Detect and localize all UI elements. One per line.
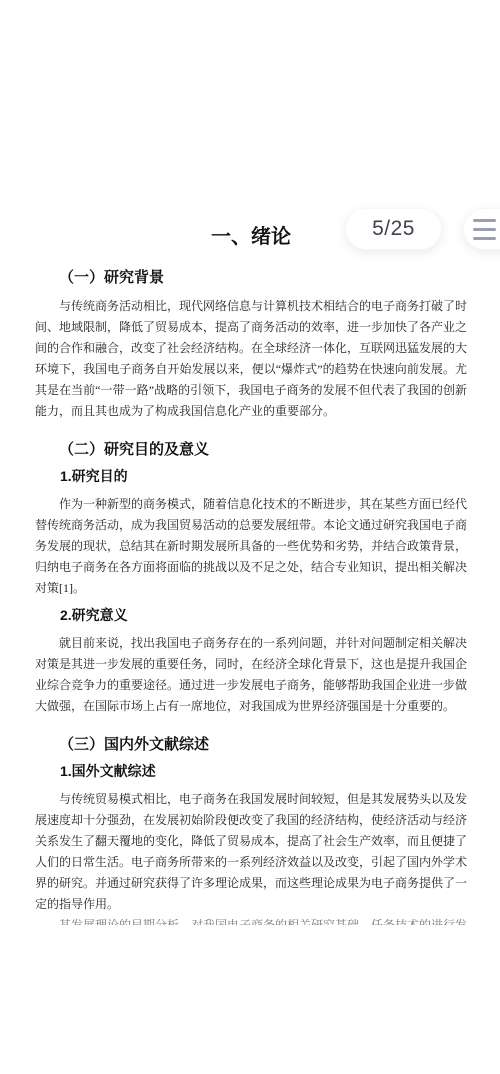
subsection-heading-research-purpose: 1.研究目的 [60, 466, 467, 486]
floating-controls: 5/25 [345, 208, 500, 250]
paragraph-research-significance: 就目前来说，找出我国电子商务存在的一系列问题，并针对问题制定相关解决对策是其进一… [35, 633, 467, 717]
paragraph-research-background: 与传统商务活动相比，现代网络信息与计算机技术相结合的电子商务打破了时间、地域限制… [35, 296, 467, 422]
clipped-next-line-text: 其发展理论的早期分析，对我国电子商务的相关研究基础，任务技术的进行发展，新时期进… [59, 919, 467, 925]
document-viewer: 5/25 一、绪论 （一）研究背景 与传统商务活动相比，现代网络信息与计算机技术… [0, 0, 500, 1074]
section-heading-purpose-significance: （二）研究目的及意义 [59, 439, 467, 460]
section-heading-literature-review: （三）国内外文献综述 [59, 734, 467, 755]
hamburger-icon [473, 219, 496, 240]
paragraph-foreign-literature: 与传统贸易模式相比，电子商务在我国发展时间较短，但是其发展势头以及发展速度却十分… [35, 789, 467, 915]
clipped-next-line: 其发展理论的早期分析，对我国电子商务的相关研究基础，任务技术的进行发展，新时期进… [35, 919, 467, 925]
paragraph-research-purpose: 作为一种新型的商务模式，随着信息化技术的不断进步，其在某些方面已经代替传统商务活… [35, 494, 467, 599]
page-indicator[interactable]: 5/25 [345, 208, 442, 250]
section-heading-research-background: （一）研究背景 [59, 267, 467, 288]
menu-button[interactable] [463, 208, 500, 250]
subsection-heading-foreign-literature: 1.国外文献综述 [60, 761, 467, 781]
document-page: 一、绪论 （一）研究背景 与传统商务活动相比，现代网络信息与计算机技术相结合的电… [0, 0, 500, 1074]
subsection-heading-research-significance: 2.研究意义 [60, 605, 467, 625]
